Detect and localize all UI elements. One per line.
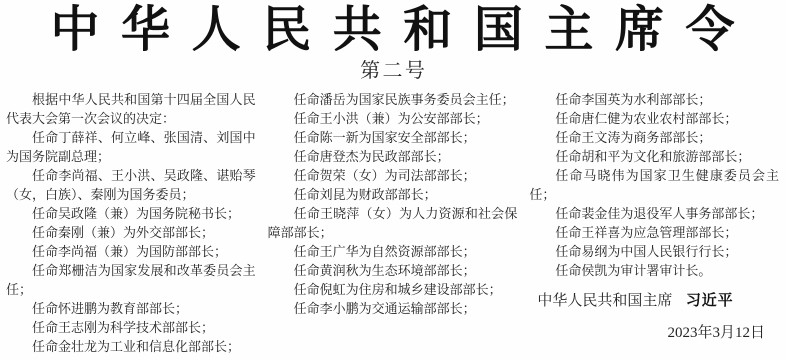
- issue-number: 第二号: [0, 59, 785, 83]
- appointment-paragraph: 任命裴金佳为退役军人事务部部长；: [529, 204, 779, 223]
- text-column-1: 根据中华人民共和国第十四届全国人民代表大会第一次会议的决定：任命丁薛祥、何立峰、…: [6, 90, 256, 356]
- appointment-paragraph: 任命王文涛为商务部部长；: [529, 128, 779, 147]
- presidential-decree-document: 中华人民共和国主席令 第二号 根据中华人民共和国第十四届全国人民代表大会第一次会…: [0, 0, 785, 360]
- appointment-paragraph: 任命唐登杰为民政部部长；: [268, 147, 518, 166]
- appointment-paragraph: 任命侯凯为审计署审计长。: [529, 261, 779, 280]
- appointment-paragraph: 任命易纲为中国人民银行行长；: [529, 242, 779, 261]
- appointment-paragraph: 任命金壮龙为工业和信息化部部长；: [6, 337, 256, 356]
- appointment-paragraph: 任命李国英为水利部部长；: [529, 90, 779, 109]
- text-column-3: 任命李国英为水利部部长；任命唐仁健为农业农村部部长；任命王文涛为商务部部长；任命…: [529, 90, 779, 343]
- appointment-paragraph: 任命倪虹为住房和城乡建设部部长；: [268, 280, 518, 299]
- appointment-paragraph: 任命马晓伟为国家卫生健康委员会主任；: [529, 166, 779, 204]
- document-body: 根据中华人民共和国第十四届全国人民代表大会第一次会议的决定：任命丁薛祥、何立峰、…: [0, 90, 785, 356]
- appointment-paragraph: 任命潘岳为国家民族事务委员会主任；: [268, 90, 518, 109]
- paragraph-list-1: 根据中华人民共和国第十四届全国人民代表大会第一次会议的决定：任命丁薛祥、何立峰、…: [6, 90, 256, 356]
- appointment-paragraph: 任命秦刚（兼）为外交部部长；: [6, 223, 256, 242]
- appointment-paragraph: 任命刘昆为财政部部长；: [268, 185, 518, 204]
- appointment-paragraph: 任命丁薛祥、何立峰、张国清、刘国中为国务院副总理；: [6, 128, 256, 166]
- appointment-paragraph: 任命王志刚为科学技术部部长；: [6, 318, 256, 337]
- appointment-paragraph: 任命李尚福（兼）为国防部部长；: [6, 242, 256, 261]
- appointment-paragraph: 任命李尚福、王小洪、吴政隆、谌贻琴（女，白族）、秦刚为国务委员；: [6, 166, 256, 204]
- appointment-paragraph: 任命胡和平为文化和旅游部部长；: [529, 147, 779, 166]
- signature-line: 中华人民共和国主席习近平: [529, 291, 779, 311]
- signer-name: 习近平: [686, 293, 734, 309]
- appointment-paragraph: 任命吴政隆（兼）为国务院秘书长；: [6, 204, 256, 223]
- appointment-paragraph: 根据中华人民共和国第十四届全国人民代表大会第一次会议的决定：: [6, 90, 256, 128]
- text-column-2: 任命潘岳为国家民族事务委员会主任；任命王小洪（兼）为公安部部长；任命陈一新为国家…: [268, 90, 518, 318]
- appointment-paragraph: 任命唐仁健为农业农村部部长；: [529, 109, 779, 128]
- paragraph-list-3: 任命李国英为水利部部长；任命唐仁健为农业农村部部长；任命王文涛为商务部部长；任命…: [529, 90, 779, 280]
- appointment-paragraph: 任命王小洪（兼）为公安部部长；: [268, 109, 518, 128]
- appointment-paragraph: 任命黄润秋为生态环境部部长；: [268, 261, 518, 280]
- appointment-paragraph: 任命怀进鹏为教育部部长；: [6, 299, 256, 318]
- appointment-paragraph: 任命王晓萍（女）为人力资源和社会保障部部长；: [268, 204, 518, 242]
- appointment-paragraph: 任命李小鹏为交通运输部部长；: [268, 299, 518, 318]
- appointment-paragraph: 任命郑栅洁为国家发展和改革委员会主任；: [6, 261, 256, 299]
- signer-office: 中华人民共和国主席: [537, 293, 672, 309]
- appointment-paragraph: 任命王广华为自然资源部部长；: [268, 242, 518, 261]
- appointment-paragraph: 任命王祥喜为应急管理部部长；: [529, 223, 779, 242]
- page-title: 中华人民共和国主席令: [0, 0, 785, 58]
- document-date: 2023年3月12日: [529, 323, 779, 343]
- appointment-paragraph: 任命陈一新为国家安全部部长；: [268, 128, 518, 147]
- appointment-paragraph: 任命贺荣（女）为司法部部长；: [268, 166, 518, 185]
- paragraph-list-2: 任命潘岳为国家民族事务委员会主任；任命王小洪（兼）为公安部部长；任命陈一新为国家…: [268, 90, 518, 318]
